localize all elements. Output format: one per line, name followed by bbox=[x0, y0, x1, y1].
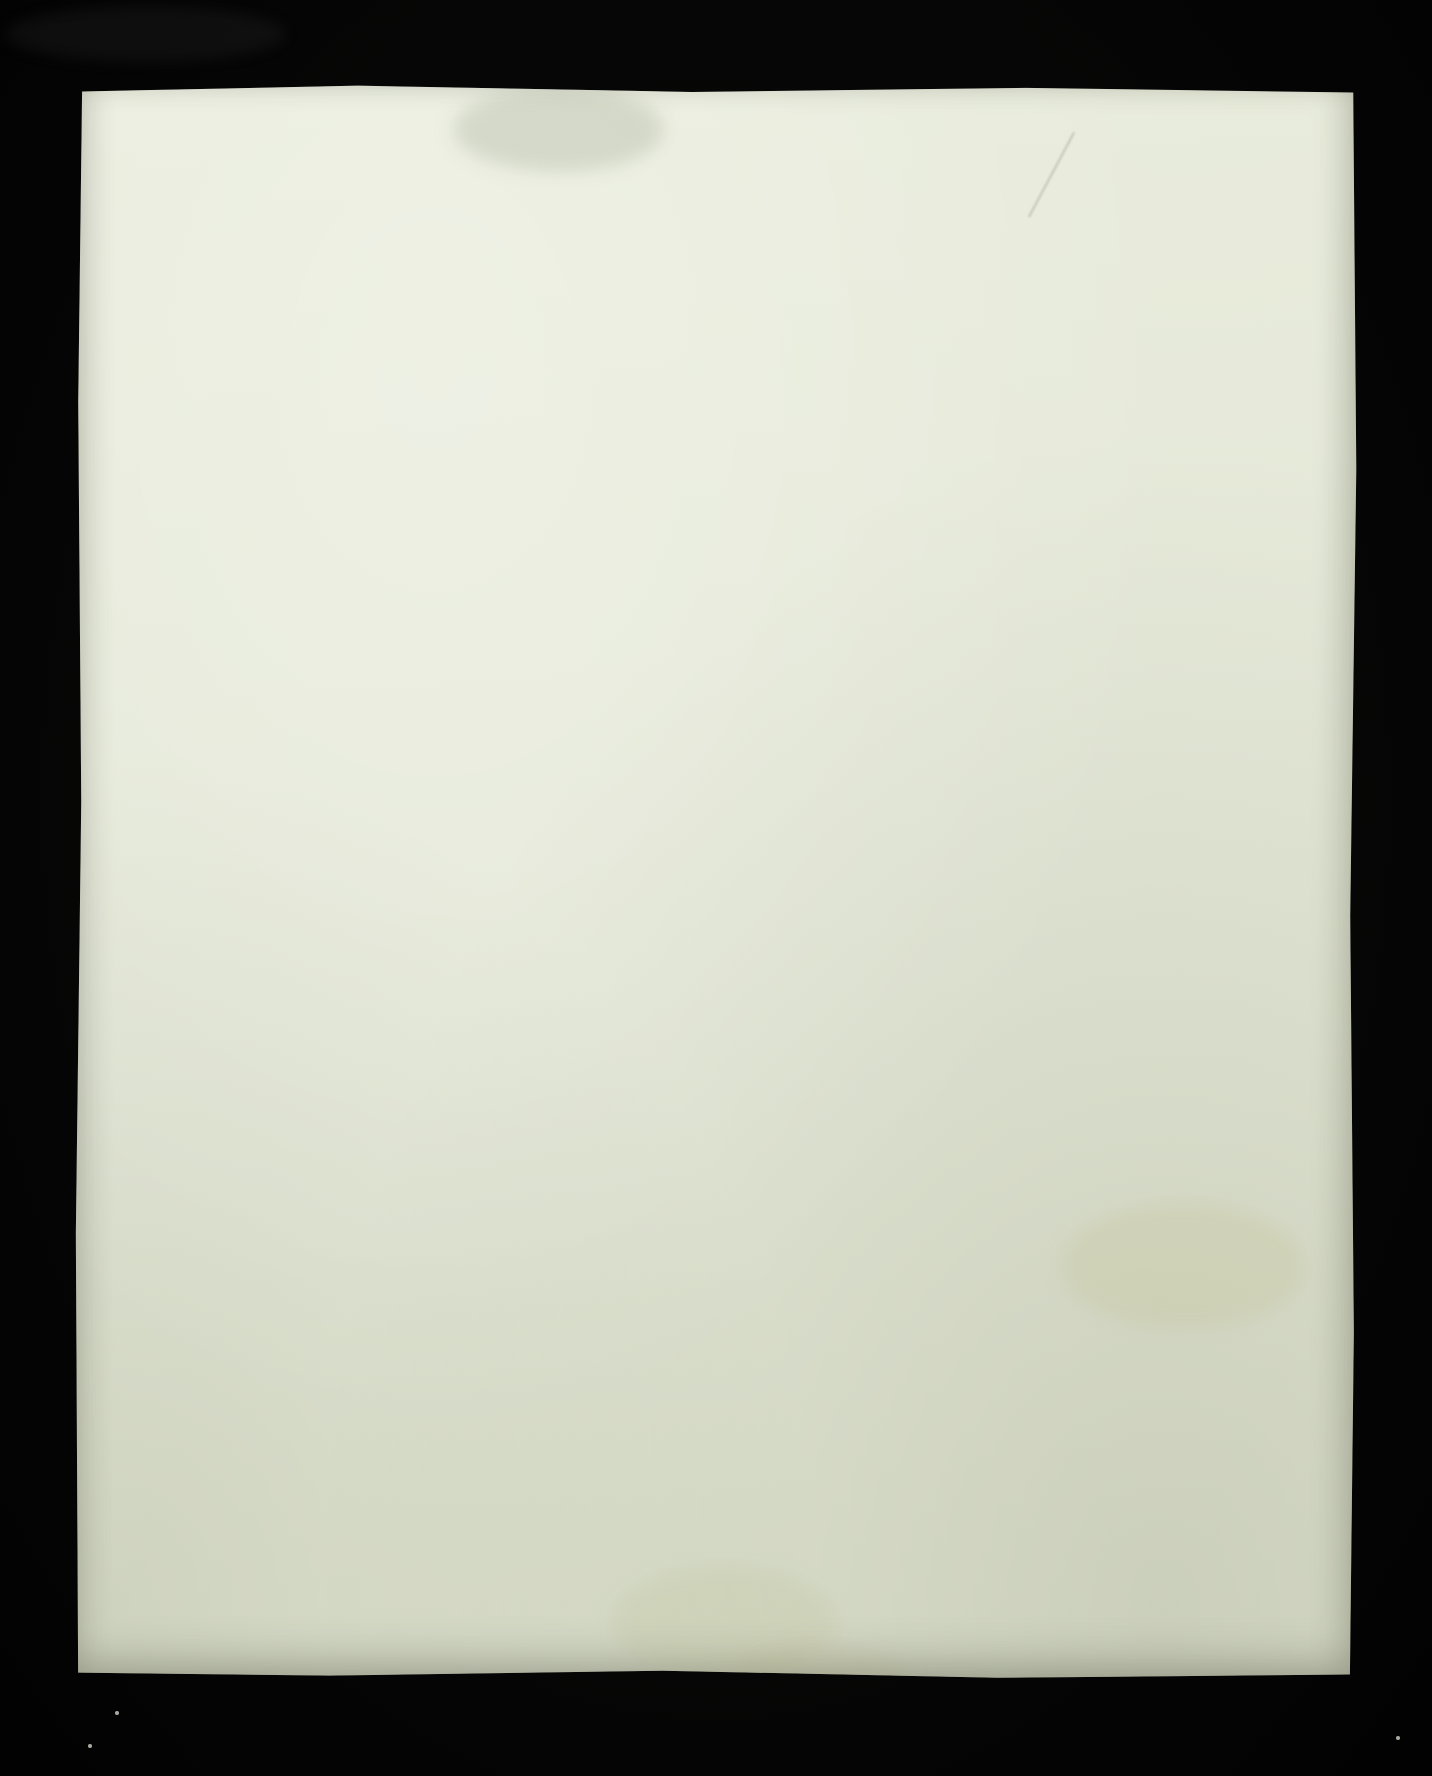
scanned-page-background bbox=[0, 0, 1432, 1776]
faint-smudge bbox=[732, 1644, 912, 1714]
dust-speck bbox=[115, 1711, 119, 1715]
typed-text bbox=[333, 265, 1253, 267]
faint-smudge bbox=[453, 87, 663, 171]
faint-smudge bbox=[1061, 1203, 1305, 1330]
scanner-artifact bbox=[6, 6, 286, 62]
dust-speck bbox=[1396, 1736, 1400, 1740]
paper-crease bbox=[1028, 132, 1075, 218]
dust-speck bbox=[88, 1744, 92, 1748]
typescript-sheet bbox=[72, 83, 1359, 1684]
